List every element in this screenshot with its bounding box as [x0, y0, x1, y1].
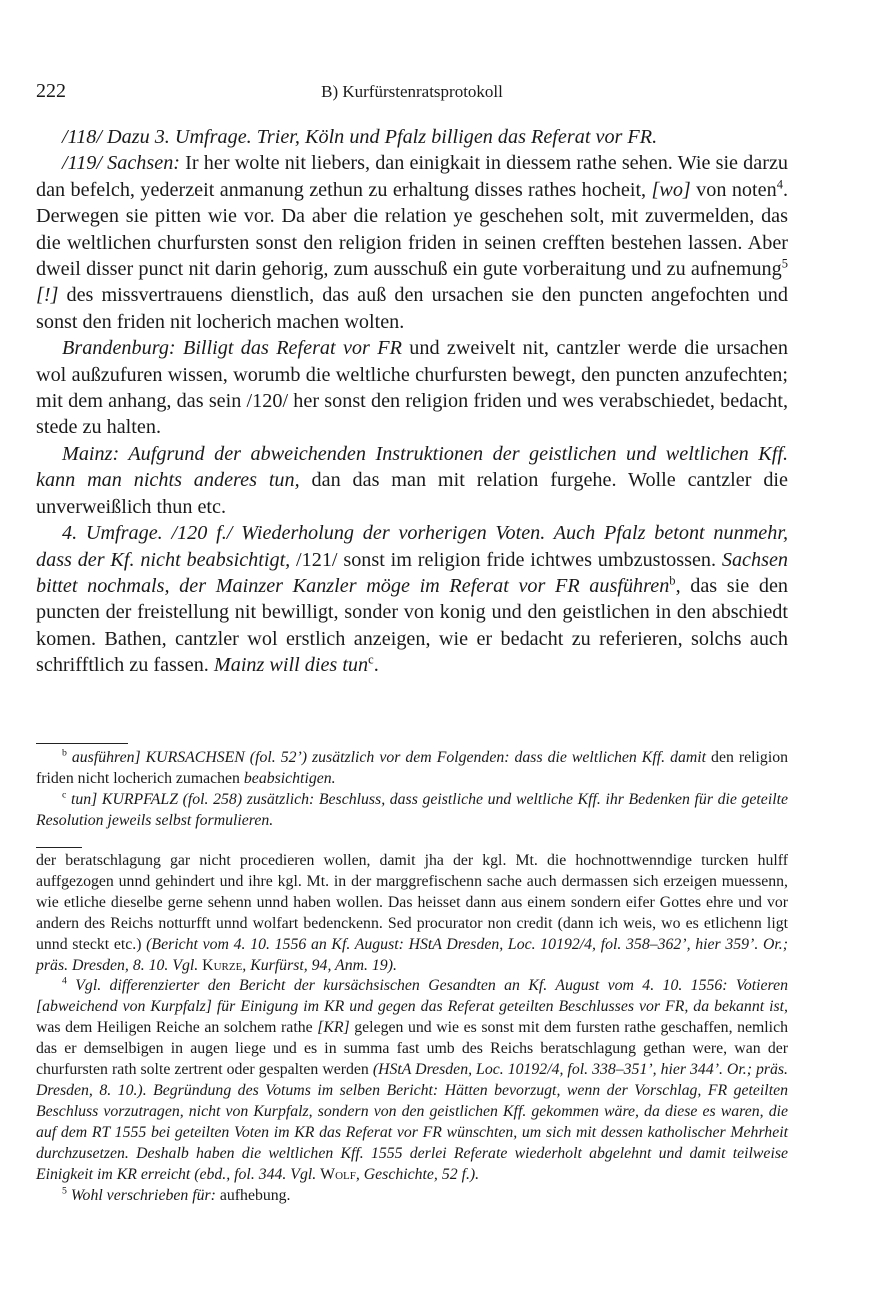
paragraph-sachsen: /119/ Sachsen: Ir her wolte nit liebers,…	[36, 150, 788, 335]
textual-note-c: c tun] KURPFALZ (fol. 258) zusätzlich: B…	[36, 790, 788, 832]
page-header: 222 B) Kurfürstenratsprotokoll	[36, 80, 788, 106]
textual-notes-divider	[36, 743, 128, 744]
footnote-ref-5[interactable]: 5	[782, 256, 788, 270]
footnotes: der beratschlagung gar nicht procedieren…	[36, 851, 788, 1206]
footnotes-divider	[36, 847, 82, 848]
footnote-continued: der beratschlagung gar nicht procedieren…	[36, 851, 788, 976]
main-text: /118/ Dazu 3. Umfrage. Trier, Köln und P…	[36, 124, 788, 679]
paragraph-mainz: Mainz: Aufgrund der abweichenden Instruk…	[36, 441, 788, 520]
paragraph-umfrage-3: /118/ Dazu 3. Umfrage. Trier, Köln und P…	[36, 124, 788, 150]
footnote-5: 5 Wohl verschrieben für: aufhebung.	[36, 1186, 788, 1207]
footnote-4: 4 Vgl. differenzierter den Bericht der k…	[36, 976, 788, 1185]
textual-note-b: b ausführen] KURSACHSEN (fol. 52’) zusät…	[36, 748, 788, 790]
paragraph-brandenburg: Brandenburg: Billigt das Referat vor FR …	[36, 335, 788, 441]
textual-notes: b ausführen] KURSACHSEN (fol. 52’) zusät…	[36, 748, 788, 832]
running-head: B) Kurfürstenratsprotokoll	[36, 82, 788, 102]
paragraph-umfrage-4: 4. Umfrage. /120 f./ Wiederholung der vo…	[36, 520, 788, 678]
